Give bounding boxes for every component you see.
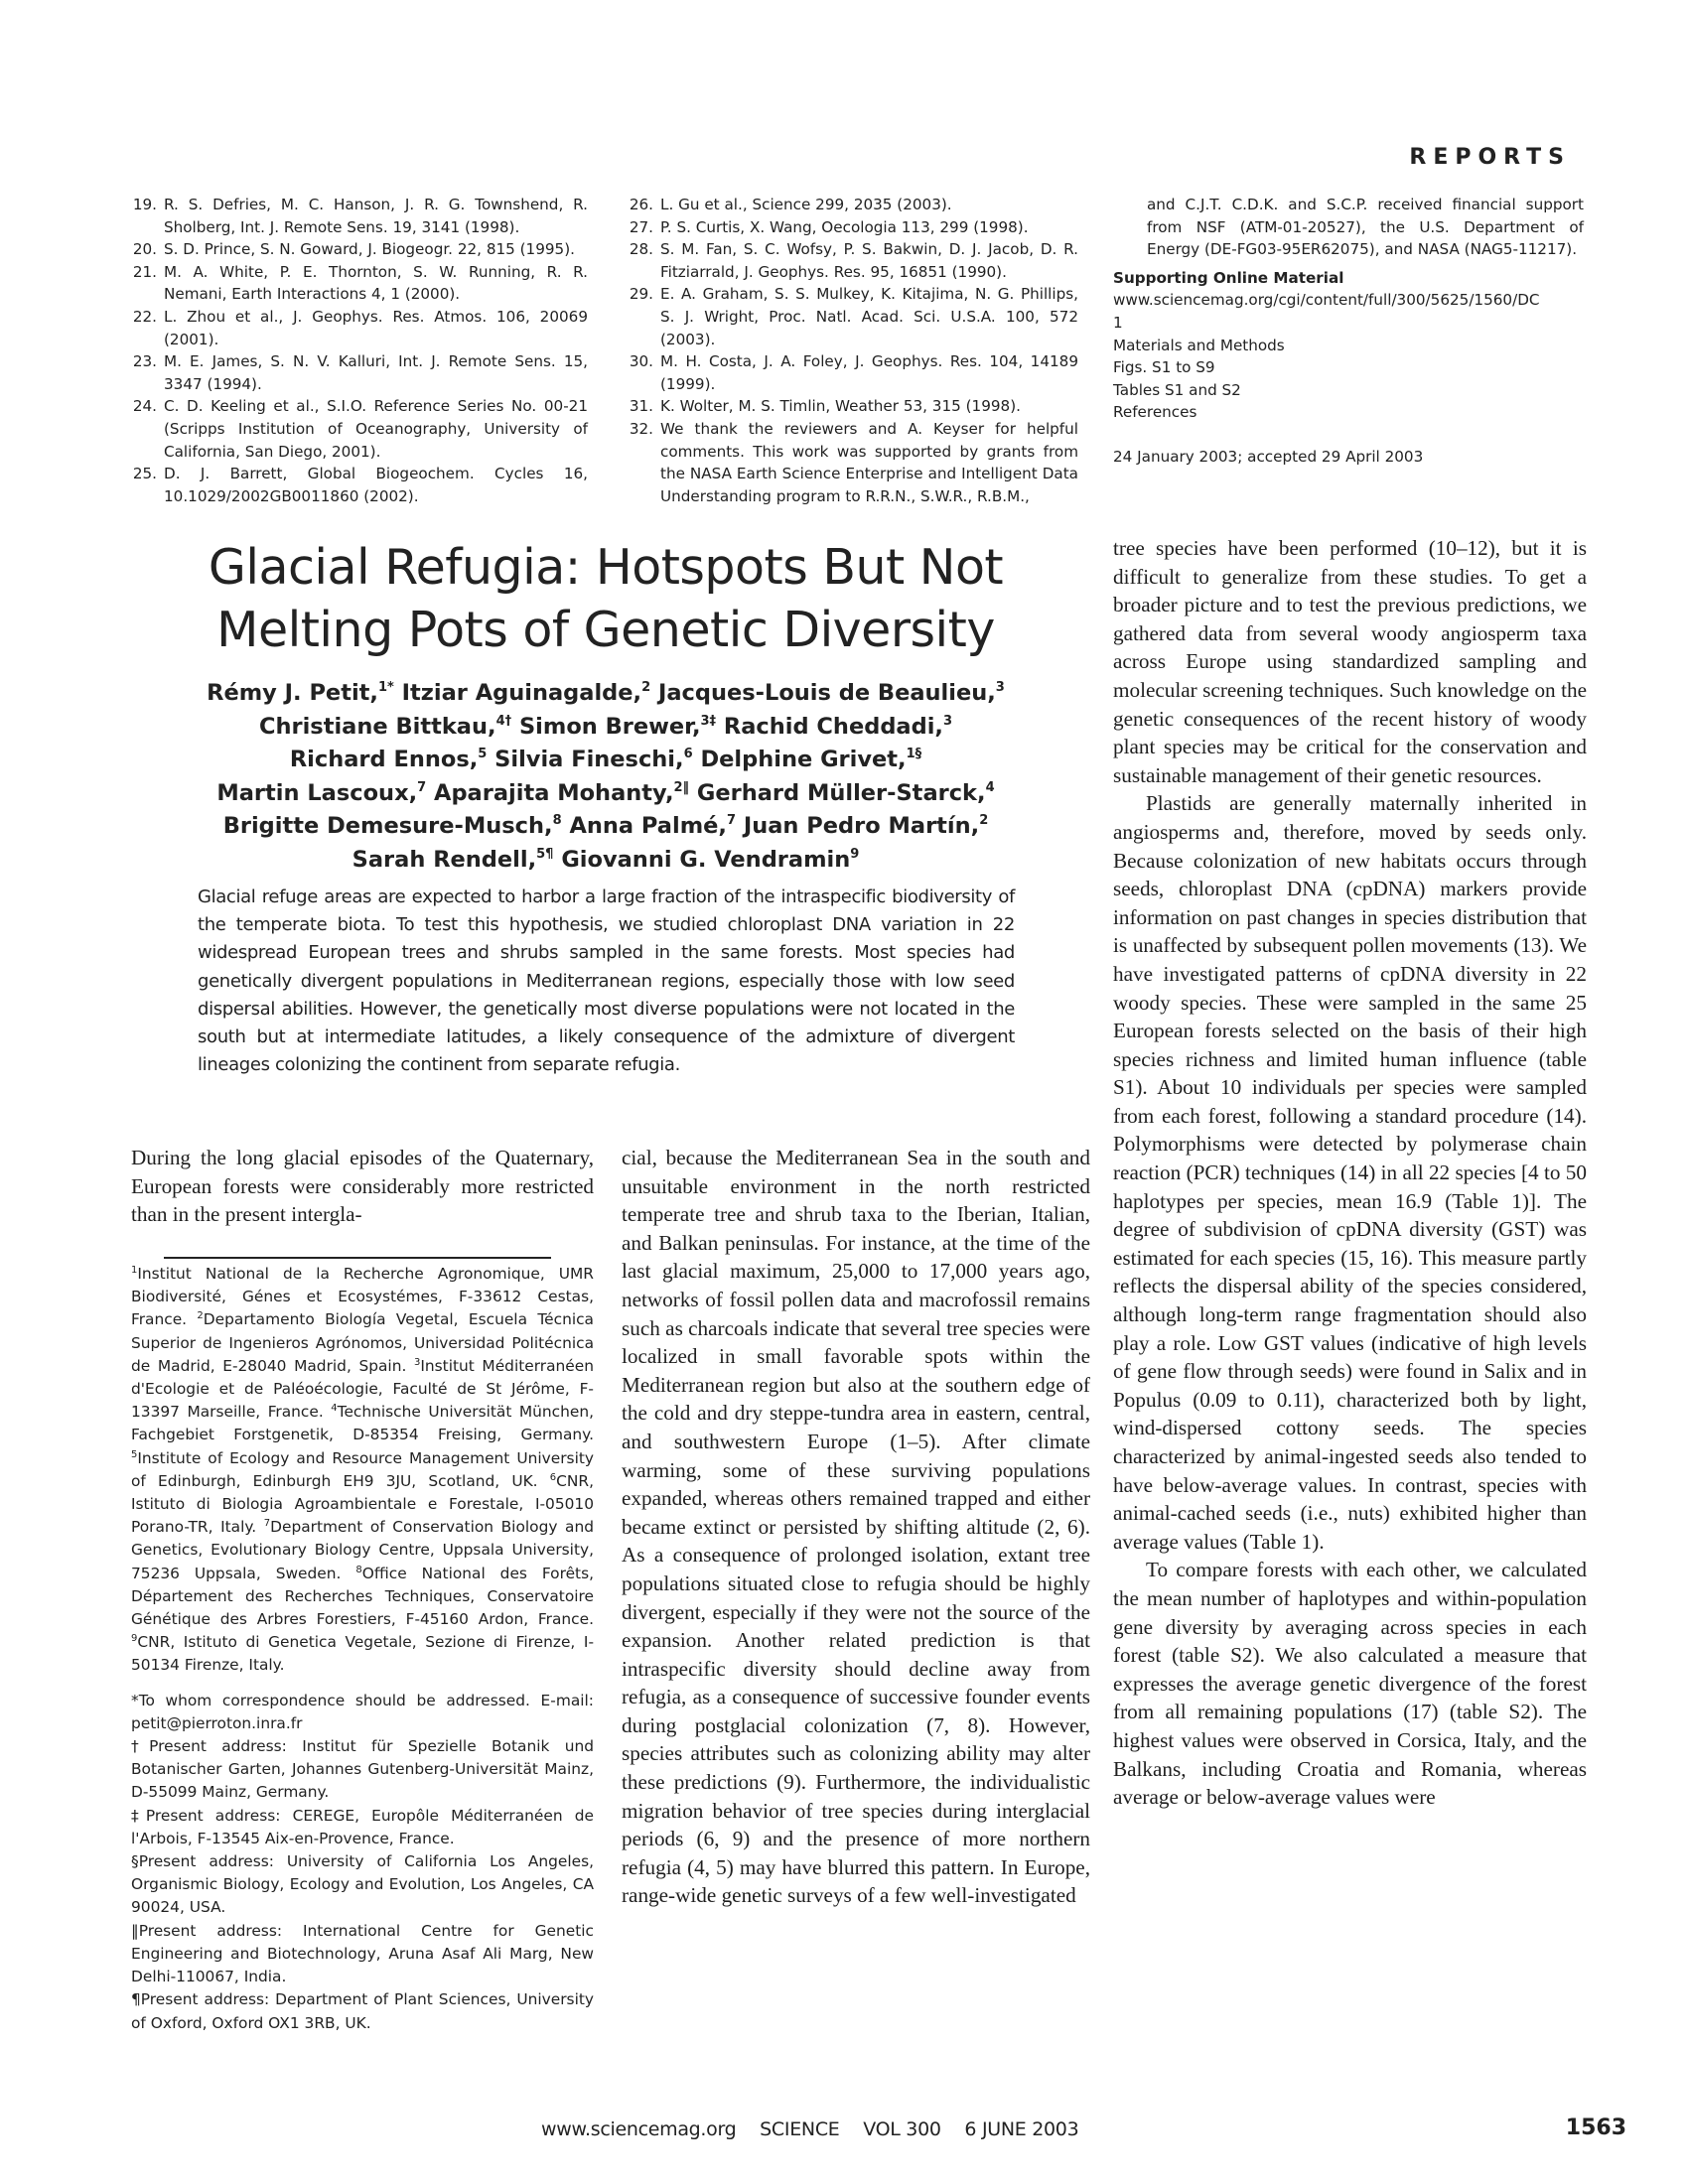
reference-text: P. S. Curtis, X. Wang, Oecologia 113, 29… [660,216,1078,239]
som-item: Materials and Methods [1113,335,1584,357]
correspondence-note: *To whom correspondence should be addres… [131,1690,594,1735]
som-title: Supporting Online Material [1113,267,1584,290]
som-item: Figs. S1 to S9 [1113,356,1584,379]
reference-text: K. Wolter, M. S. Timlin, Weather 53, 315… [660,395,1078,418]
references-column-2: 26.L. Gu et al., Science 299, 2035 (2003… [620,194,1078,507]
reference-item: 20.S. D. Prince, S. N. Goward, J. Biogeo… [123,238,588,261]
footer-site: www.sciencemag.org [541,2118,736,2140]
footnote-separator [164,1257,551,1259]
som-item: Tables S1 and S2 [1113,379,1584,402]
reference-number: 21. [123,261,164,306]
reference-text: We thank the reviewers and A. Keyser for… [660,418,1078,507]
reference-text: M. A. White, P. E. Thornton, S. W. Runni… [164,261,588,306]
reference-item: 27.P. S. Curtis, X. Wang, Oecologia 113,… [620,216,1078,239]
reference-item: 23.M. E. James, S. N. V. Kalluri, Int. J… [123,350,588,395]
author-notes: *To whom correspondence should be addres… [131,1690,594,2035]
present-address-note: §Present address: University of Californ… [131,1850,594,1920]
author: Jacques-Louis de Beaulieu,3 [658,680,1005,706]
author: Juan Pedro Martín,2 [744,813,988,839]
reference-number: 30. [620,350,660,395]
page-footer: www.sciencemag.org SCIENCE VOL 300 6 JUN… [541,2118,1096,2140]
reference-text: M. E. James, S. N. V. Kalluri, Int. J. R… [164,350,588,395]
reference-number: 20. [123,238,164,261]
paragraph: To compare forests with each other, we c… [1113,1556,1587,1811]
section-label: Reports [1409,145,1571,170]
reference-item: 29.E. A. Graham, S. S. Mulkey, K. Kitaji… [620,283,1078,350]
abstract: Glacial refuge areas are expected to har… [198,884,1015,1079]
reference-item: 24.C. D. Keeling et al., S.I.O. Referenc… [123,395,588,463]
reference-number: 26. [620,194,660,216]
reference-text: M. H. Costa, J. A. Foley, J. Geophys. Re… [660,350,1078,395]
references-column-3: and C.J.T. C.D.K. and S.C.P. received fi… [1113,194,1584,469]
reference-item: 28.S. M. Fan, S. C. Wofsy, P. S. Bakwin,… [620,238,1078,283]
body-text-column-1: During the long glacial episodes of the … [131,1144,594,1229]
author: Delphine Grivet,1§ [700,747,921,772]
reference-number: 24. [123,395,164,463]
author-list: Rémy J. Petit,1* Itziar Aguinagalde,2 Ja… [159,677,1053,877]
reference-number: 29. [620,283,660,350]
paragraph: Plastids are generally maternally inheri… [1113,789,1587,1556]
reference-item: 22.L. Zhou et al., J. Geophys. Res. Atmo… [123,306,588,350]
affiliation: 5Institute of Ecology and Resource Manag… [131,1449,594,1490]
reference-item: 26.L. Gu et al., Science 299, 2035 (2003… [620,194,1078,216]
footer-journal: SCIENCE [760,2118,839,2140]
article-title: Glacial Refugia: Hotspots But Not Meltin… [159,536,1053,661]
som-link[interactable]: www.sciencemag.org/cgi/content/full/300/… [1113,289,1584,334]
author: Sarah Rendell,5¶ [352,847,554,873]
affiliations: 1Institut National de la Recherche Agron… [131,1263,594,2035]
reference-item: 31.K. Wolter, M. S. Timlin, Weather 53, … [620,395,1078,418]
footer-date: 6 JUNE 2003 [964,2118,1078,2140]
present-address-note: ¶Present address: Department of Plant Sc… [131,1988,594,2034]
reference-text: D. J. Barrett, Global Biogeochem. Cycles… [164,463,588,507]
reference-text: R. S. Defries, M. C. Hanson, J. R. G. To… [164,194,588,238]
reference-number: 31. [620,395,660,418]
author: Christiane Bittkau,4† [259,714,511,740]
reference-text: S. M. Fan, S. C. Wofsy, P. S. Bakwin, D.… [660,238,1078,283]
received-accepted-dates: 24 January 2003; accepted 29 April 2003 [1113,446,1584,469]
title-line: Melting Pots of Genetic Diversity [159,599,1053,661]
author: Rémy J. Petit,1* [207,680,394,706]
body-text-column-2: cial, because the Mediterranean Sea in t… [622,1144,1090,1910]
paragraph: tree species have been performed (10–12)… [1113,534,1587,789]
author: Rachid Cheddadi,3 [724,714,952,740]
references-column-1: 19.R. S. Defries, M. C. Hanson, J. R. G.… [123,194,588,507]
reference-number: 19. [123,194,164,238]
present-address-note: †Present address: Institut für Spezielle… [131,1735,594,1805]
reference-number: 22. [123,306,164,350]
reference-text: L. Zhou et al., J. Geophys. Res. Atmos. … [164,306,588,350]
reference-number: 25. [123,463,164,507]
author: Anna Palmé,7 [569,813,736,839]
affiliation: 9CNR, Istituto di Genetica Vegetale, Sez… [131,1633,594,1674]
title-line: Glacial Refugia: Hotspots But Not [159,536,1053,599]
acknowledgment-continuation: and C.J.T. C.D.K. and S.C.P. received fi… [1113,194,1584,261]
page-number: 1563 [1566,2116,1626,2140]
reference-item: 19.R. S. Defries, M. C. Hanson, J. R. G.… [123,194,588,238]
author: Simon Brewer,3‡ [519,714,716,740]
author: Aparajita Mohanty,2‖ [434,780,689,806]
author: Martin Lascoux,7 [216,780,426,806]
author: Giovanni G. Vendramin9 [561,847,859,873]
author: Richard Ennos,5 [290,747,487,772]
body-text-column-3: tree species have been performed (10–12)… [1113,534,1587,1812]
reference-number: 32. [620,418,660,507]
footer-volume: VOL 300 [863,2118,940,2140]
author: Brigitte Demesure-Musch,8 [223,813,562,839]
reference-item: 21.M. A. White, P. E. Thornton, S. W. Ru… [123,261,588,306]
author: Silvia Fineschi,6 [494,747,692,772]
author: Itziar Aguinagalde,2 [402,680,650,706]
reference-text: C. D. Keeling et al., S.I.O. Reference S… [164,395,588,463]
reference-item: 30.M. H. Costa, J. A. Foley, J. Geophys.… [620,350,1078,395]
reference-text: E. A. Graham, S. S. Mulkey, K. Kitajima,… [660,283,1078,350]
reference-number: 27. [620,216,660,239]
reference-number: 23. [123,350,164,395]
affiliation-list: 1Institut National de la Recherche Agron… [131,1263,594,1678]
author: Gerhard Müller-Starck,4 [697,780,995,806]
reference-text: L. Gu et al., Science 299, 2035 (2003). [660,194,1078,216]
reference-text: S. D. Prince, S. N. Goward, J. Biogeogr.… [164,238,588,261]
present-address-note: ‡Present address: CEREGE, Europôle Médit… [131,1805,594,1850]
som-item: References [1113,401,1584,424]
reference-item: 32.We thank the reviewers and A. Keyser … [620,418,1078,507]
reference-item: 25.D. J. Barrett, Global Biogeochem. Cyc… [123,463,588,507]
reference-number: 28. [620,238,660,283]
present-address-note: ‖Present address: International Centre f… [131,1920,594,1989]
